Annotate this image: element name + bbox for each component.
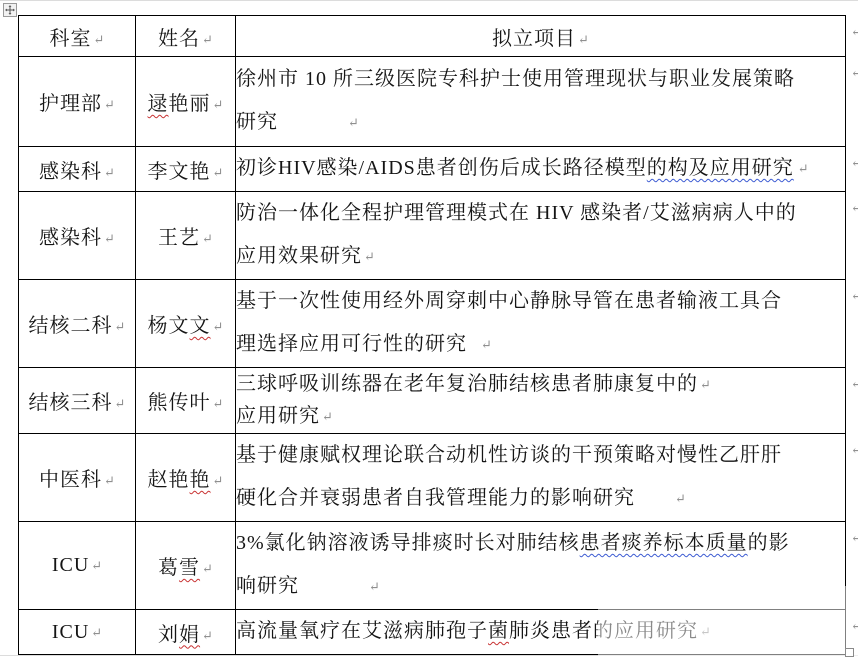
grammar-flagged-text: 的构及应用研究 <box>647 157 794 179</box>
paragraph-mark-icon: ↵ <box>104 231 115 247</box>
project-text-line: 响研究↵ <box>236 565 845 609</box>
project-text-line: 基于一次性使用经外周穿刺中心静脉导管在患者输液工具合 <box>236 280 845 323</box>
spellcheck-flagged-text: 菌 <box>488 620 509 642</box>
name-cell[interactable]: 熊传叶↵ <box>136 368 236 434</box>
cell-text: 杨文 <box>148 315 190 337</box>
project-cell[interactable]: 高流量氧疗在艾滋病肺孢子菌肺炎患者的应用研究↵ <box>236 610 846 655</box>
page-bottom-edge <box>0 655 858 656</box>
document-page: 科室↵姓名↵拟立项目↵ 护理部↵逯艳丽↵徐州市 10 所三级医院专科护士使用管理… <box>0 0 858 657</box>
paragraph-mark-icon: ↵ <box>104 473 115 489</box>
paragraph-mark-icon: ↵ <box>675 477 686 520</box>
paragraph-mark-icon: ↵ <box>798 147 809 190</box>
table-row: 结核二科↵杨文文↵基于一次性使用经外周穿刺中心静脉导管在患者输液工具合理选择应用… <box>19 280 846 368</box>
paragraph-mark-icon: ↵ <box>213 473 224 489</box>
cell-text: 徐州市 10 所三级医院专科护士使用管理现状与职业发展策略 <box>236 68 795 90</box>
cell-text: 响研究 <box>236 575 299 597</box>
cell-text: 结核三科 <box>29 392 113 414</box>
header-row: 科室↵姓名↵拟立项目↵ <box>19 16 846 57</box>
paragraph-mark-icon: ↵ <box>700 610 711 653</box>
project-cell[interactable]: 3%氯化钠溶液诱导排痰时长对肺结核患者痰养标本质量的影响研究↵ <box>236 522 846 610</box>
project-cell[interactable]: 基于健康赋权理论联合动机性访谈的干预策略对慢性乙肝肝硬化合并衰弱患者自我管理能力… <box>236 434 846 522</box>
table-resize-handle[interactable] <box>845 648 854 657</box>
cell-text: 感染科 <box>39 161 102 183</box>
paragraph-mark-icon: ↵ <box>202 561 213 577</box>
cell-text: 研究 <box>236 111 278 133</box>
cell-text: 赵艳 <box>148 469 190 491</box>
name-cell[interactable]: 葛雪↵ <box>136 522 236 610</box>
column-header-1[interactable]: 姓名↵ <box>136 16 236 57</box>
end-of-row-mark-icon: ↵ <box>851 530 858 546</box>
dept-cell[interactable]: 感染科↵ <box>19 192 136 280</box>
paragraph-mark-icon: ↵ <box>348 101 359 144</box>
project-cell[interactable]: 防治一体化全程护理管理模式在 HIV 感染者/艾滋病病人中的应用效果研究↵ <box>236 192 846 280</box>
project-text-line: 初诊HIV感染/AIDS患者创伤后成长路径模型的构及应用研究↵ <box>236 147 845 191</box>
name-cell[interactable]: 杨文文↵ <box>136 280 236 368</box>
cell-text: 刘 <box>158 624 179 646</box>
cell-text: 熊传叶 <box>148 392 211 414</box>
name-cell[interactable]: 逯艳丽↵ <box>136 57 236 147</box>
dept-cell[interactable]: ICU↵ <box>19 522 136 610</box>
paragraph-mark-icon: ↵ <box>700 370 711 400</box>
paragraph-mark-icon: ↵ <box>213 396 224 412</box>
paragraph-mark-icon: ↵ <box>213 97 224 113</box>
cell-text: 中医科 <box>39 469 102 491</box>
paragraph-mark-icon: ↵ <box>104 165 115 181</box>
cell-text: 姓名 <box>158 28 200 50</box>
table-row: ICU↵刘娟↵高流量氧疗在艾滋病肺孢子菌肺炎患者的应用研究↵ <box>19 610 846 655</box>
name-cell[interactable]: 赵艳艳↵ <box>136 434 236 522</box>
paragraph-mark-icon: ↵ <box>364 235 375 278</box>
paragraph-mark-icon: ↵ <box>481 323 492 366</box>
dept-cell[interactable]: 中医科↵ <box>19 434 136 522</box>
end-of-row-mark-icon: ↵ <box>851 65 858 81</box>
grammar-flagged-text: 患者痰养标本质量 <box>580 532 748 554</box>
cell-text: 高流量氧疗在艾滋病肺孢子 <box>236 620 488 642</box>
cell-text: 应用研究 <box>236 405 320 427</box>
paragraph-mark-icon: ↵ <box>578 32 589 48</box>
cell-text: ICU <box>52 621 89 643</box>
project-text-line: 应用效果研究↵ <box>236 235 845 279</box>
cell-text: 结核二科 <box>29 315 113 337</box>
column-header-0[interactable]: 科室↵ <box>19 16 136 57</box>
paragraph-mark-icon: ↵ <box>91 558 102 574</box>
name-cell[interactable]: 李文艳↵ <box>136 147 236 192</box>
cell-text: 感染科 <box>39 227 102 249</box>
cell-text: 李文艳 <box>148 161 211 183</box>
table-body: 护理部↵逯艳丽↵徐州市 10 所三级医院专科护士使用管理现状与职业发展策略研究↵… <box>19 57 846 655</box>
table-row: 感染科↵李文艳↵初诊HIV感染/AIDS患者创伤后成长路径模型的构及应用研究↵ <box>19 147 846 192</box>
end-of-row-mark-icon: ↵ <box>851 618 858 634</box>
project-text-line: 理选择应用可行性的研究↵ <box>236 323 845 367</box>
cell-text: 基于健康赋权理论联合动机性访谈的干预策略对慢性乙肝肝 <box>236 444 782 466</box>
spellcheck-flagged-text: 艳 <box>190 469 211 491</box>
table-row: 中医科↵赵艳艳↵基于健康赋权理论联合动机性访谈的干预策略对慢性乙肝肝硬化合并衰弱… <box>19 434 846 522</box>
table-row: 护理部↵逯艳丽↵徐州市 10 所三级医院专科护士使用管理现状与职业发展策略研究↵ <box>19 57 846 147</box>
cell-text: 王艺 <box>158 227 200 249</box>
paragraph-mark-icon: ↵ <box>91 625 102 641</box>
end-of-row-mark-icon: ↵ <box>851 288 858 304</box>
paragraph-mark-icon: ↵ <box>202 32 213 48</box>
dept-cell[interactable]: 感染科↵ <box>19 147 136 192</box>
dept-cell[interactable]: 结核三科↵ <box>19 368 136 434</box>
project-cell[interactable]: 初诊HIV感染/AIDS患者创伤后成长路径模型的构及应用研究↵ <box>236 147 846 192</box>
end-of-row-mark-icon: ↵ <box>851 376 858 392</box>
spellcheck-flagged-text: 逯 <box>148 93 169 115</box>
cell-text: 3%氯化钠溶液诱导排痰时长对肺结核 <box>236 532 580 554</box>
project-text-line: 硬化合并衰弱患者自我管理能力的影响研究↵ <box>236 477 845 521</box>
cell-text: 理选择应用可行性的研究 <box>236 333 467 355</box>
end-of-row-mark-icon: ↵ <box>851 24 858 40</box>
table-header: 科室↵姓名↵拟立项目↵ <box>19 16 846 57</box>
project-cell[interactable]: 三球呼吸训练器在老年复治肺结核患者肺康复中的↵应用研究↵ <box>236 368 846 434</box>
project-text-line: 应用研究↵ <box>236 401 845 433</box>
dept-cell[interactable]: ICU↵ <box>19 610 136 655</box>
paragraph-mark-icon: ↵ <box>213 319 224 335</box>
table-move-handle[interactable] <box>3 3 17 17</box>
project-text-line: 3%氯化钠溶液诱导排痰时长对肺结核患者痰养标本质量的影 <box>236 522 845 565</box>
cell-text: 三球呼吸训练器在老年复治肺结核患者肺康复中的 <box>236 373 698 395</box>
cell-text: 护理部 <box>39 93 102 115</box>
paragraph-mark-icon: ↵ <box>115 319 126 335</box>
name-cell[interactable]: 刘娟↵ <box>136 610 236 655</box>
spellcheck-flagged-text: 娟 <box>179 624 200 646</box>
paragraph-mark-icon: ↵ <box>369 565 380 608</box>
cell-text: 基于一次性使用经外周穿刺中心静脉导管在患者输液工具合 <box>236 290 782 312</box>
dept-cell[interactable]: 护理部↵ <box>19 57 136 147</box>
dept-cell[interactable]: 结核二科↵ <box>19 280 136 368</box>
cell-text: 的影 <box>748 532 790 554</box>
cell-text: 科室 <box>50 28 92 50</box>
project-text-line: 研究↵ <box>236 101 845 145</box>
end-of-row-mark-icon: ↵ <box>851 200 858 216</box>
name-cell[interactable]: 王艺↵ <box>136 192 236 280</box>
cell-text: 拟立项目 <box>492 28 576 50</box>
project-text-line: 三球呼吸训练器在老年复治肺结核患者肺康复中的↵ <box>236 369 845 401</box>
cell-text: 硬化合并衰弱患者自我管理能力的影响研究 <box>236 487 635 509</box>
cell-text: 防治一体化全程护理管理模式在 HIV 感染者/艾滋病病人中的 <box>236 202 797 224</box>
cell-text: ICU <box>52 554 89 576</box>
move-arrows-icon <box>5 5 15 15</box>
spellcheck-flagged-text: 文 <box>190 315 211 337</box>
paragraph-mark-icon: ↵ <box>213 165 224 181</box>
project-text-line: 基于健康赋权理论联合动机性访谈的干预策略对慢性乙肝肝 <box>236 434 845 477</box>
cell-text: 应用效果研究 <box>236 245 362 267</box>
paragraph-mark-icon: ↵ <box>115 396 126 412</box>
project-text-line: 徐州市 10 所三级医院专科护士使用管理现状与职业发展策略 <box>236 58 845 101</box>
project-text-line: 防治一体化全程护理管理模式在 HIV 感染者/艾滋病病人中的 <box>236 192 845 235</box>
cell-text: 肺炎患者的应用研究 <box>509 620 698 642</box>
project-text-line: 高流量氧疗在艾滋病肺孢子菌肺炎患者的应用研究↵ <box>236 610 845 654</box>
page-top-edge <box>0 0 858 1</box>
paragraph-mark-icon: ↵ <box>202 628 213 644</box>
paragraph-mark-icon: ↵ <box>202 231 213 247</box>
end-of-row-mark-icon: ↵ <box>851 442 858 458</box>
table-row: ICU↵葛雪↵3%氯化钠溶液诱导排痰时长对肺结核患者痰养标本质量的影响研究↵ <box>19 522 846 610</box>
table-row: 结核三科↵熊传叶↵三球呼吸训练器在老年复治肺结核患者肺康复中的↵应用研究↵ <box>19 368 846 434</box>
paragraph-mark-icon: ↵ <box>322 402 333 432</box>
projects-table: 科室↵姓名↵拟立项目↵ 护理部↵逯艳丽↵徐州市 10 所三级医院专科护士使用管理… <box>18 15 846 655</box>
cell-text: 初诊HIV感染/AIDS患者创伤后成长路径模型 <box>236 157 647 179</box>
cell-text: 艳丽 <box>169 93 211 115</box>
spellcheck-flagged-text: 雪 <box>179 557 200 579</box>
project-cell[interactable]: 基于一次性使用经外周穿刺中心静脉导管在患者输液工具合理选择应用可行性的研究↵ <box>236 280 846 368</box>
column-header-2[interactable]: 拟立项目↵ <box>236 16 846 57</box>
paragraph-mark-icon: ↵ <box>104 97 115 113</box>
cell-text: 葛 <box>158 557 179 579</box>
paragraph-mark-icon: ↵ <box>94 32 105 48</box>
project-cell[interactable]: 徐州市 10 所三级医院专科护士使用管理现状与职业发展策略研究↵ <box>236 57 846 147</box>
end-of-row-mark-icon: ↵ <box>851 155 858 171</box>
table-row: 感染科↵王艺↵防治一体化全程护理管理模式在 HIV 感染者/艾滋病病人中的应用效… <box>19 192 846 280</box>
